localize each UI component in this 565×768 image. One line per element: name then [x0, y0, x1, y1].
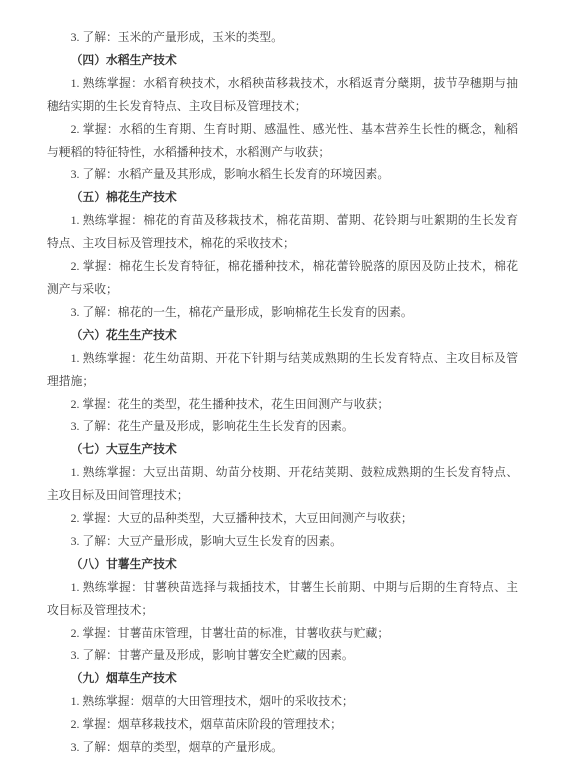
section-heading: （五）棉花生产技术	[47, 186, 518, 209]
section-item: 3. 了解：大豆产量形成，影响大豆生长发育的因素。	[47, 530, 518, 553]
section-heading: （九）烟草生产技术	[47, 667, 518, 690]
section-items: 1. 熟练掌握：花生幼苗期、开花下针期与结荚成熟期的生长发育特点、主攻目标及管理…	[47, 347, 518, 439]
section-item: 2. 掌握：水稻的生育期、生育时期、感温性、感光性、基本营养生长性的概念，籼稻与…	[47, 118, 518, 164]
section-item: 3. 了解：甘薯产量及形成，影响甘薯安全贮藏的因素。	[47, 644, 518, 667]
section: （八）甘薯生产技术 1. 熟练掌握：甘薯秧苗选择与栽插技术，甘薯生长前期、中期与…	[47, 553, 518, 668]
section-items: 1. 熟练掌握：棉花的育苗及移栽技术，棉花苗期、蕾期、花铃期与吐絮期的生长发育特…	[47, 209, 518, 324]
section-items: 1. 熟练掌握：甘薯秧苗选择与栽插技术，甘薯生长前期、中期与后期的生育特点、主攻…	[47, 576, 518, 668]
section-items: 1. 熟练掌握：水稻育秧技术，水稻秧苗移栽技术，水稻返青分蘖期，拔节孕穗期与抽穗…	[47, 72, 518, 187]
section-items: 1. 熟练掌握：大豆出苗期、幼苗分枝期、开花结荚期、鼓粒成熟期的生长发育特点、主…	[47, 461, 518, 553]
section-heading: （六）花生生产技术	[47, 324, 518, 347]
section-item: 1. 熟练掌握：大豆出苗期、幼苗分枝期、开花结荚期、鼓粒成熟期的生长发育特点、主…	[47, 461, 518, 507]
section: （六）花生生产技术 1. 熟练掌握：花生幼苗期、开花下针期与结荚成熟期的生长发育…	[47, 324, 518, 439]
section-heading: （八）甘薯生产技术	[47, 553, 518, 576]
section-items: 1. 熟练掌握：烟草的大田管理技术，烟叶的采收技术；2. 掌握：烟草移栽技术，烟…	[47, 690, 518, 759]
leading-paragraph: 3. 了解：玉米的产量形成，玉米的类型。	[47, 26, 518, 49]
section: （九）烟草生产技术 1. 熟练掌握：烟草的大田管理技术，烟叶的采收技术；2. 掌…	[47, 667, 518, 759]
section-item: 3. 了解：烟草的类型，烟草的产量形成。	[47, 736, 518, 759]
section-item: 3. 了解：水稻产量及其形成，影响水稻生长发育的环境因素。	[47, 163, 518, 186]
section-item: 2. 掌握：大豆的品种类型，大豆播种技术，大豆田间测产与收获；	[47, 507, 518, 530]
document-page: 3. 了解：玉米的产量形成，玉米的类型。 （四）水稻生产技术 1. 熟练掌握：水…	[0, 0, 565, 768]
sections-container: （四）水稻生产技术 1. 熟练掌握：水稻育秧技术，水稻秧苗移栽技术，水稻返青分蘖…	[47, 49, 518, 759]
section: （四）水稻生产技术 1. 熟练掌握：水稻育秧技术，水稻秧苗移栽技术，水稻返青分蘖…	[47, 49, 518, 186]
section-item: 2. 掌握：烟草移栽技术，烟草苗床阶段的管理技术；	[47, 713, 518, 736]
section-item: 1. 熟练掌握：甘薯秧苗选择与栽插技术，甘薯生长前期、中期与后期的生育特点、主攻…	[47, 576, 518, 622]
section: （七）大豆生产技术 1. 熟练掌握：大豆出苗期、幼苗分枝期、开花结荚期、鼓粒成熟…	[47, 438, 518, 553]
section-item: 1. 熟练掌握：花生幼苗期、开花下针期与结荚成熟期的生长发育特点、主攻目标及管理…	[47, 347, 518, 393]
section: （五）棉花生产技术 1. 熟练掌握：棉花的育苗及移栽技术，棉花苗期、蕾期、花铃期…	[47, 186, 518, 323]
section-item: 3. 了解：棉花的一生，棉花产量形成，影响棉花生长发育的因素。	[47, 301, 518, 324]
section-item: 3. 了解：花生产量及形成，影响花生生长发育的因素。	[47, 415, 518, 438]
section-heading: （七）大豆生产技术	[47, 438, 518, 461]
section-item: 1. 熟练掌握：棉花的育苗及移栽技术，棉花苗期、蕾期、花铃期与吐絮期的生长发育特…	[47, 209, 518, 255]
section-item: 2. 掌握：棉花生长发育特征，棉花播种技术，棉花蕾铃脱落的原因及防止技术，棉花测…	[47, 255, 518, 301]
section-item: 2. 掌握：甘薯苗床管理，甘薯壮苗的标准，甘薯收获与贮藏；	[47, 622, 518, 645]
section-item: 2. 掌握：花生的类型，花生播种技术，花生田间测产与收获；	[47, 393, 518, 416]
section-item: 1. 熟练掌握：烟草的大田管理技术，烟叶的采收技术；	[47, 690, 518, 713]
section-heading: （四）水稻生产技术	[47, 49, 518, 72]
section-item: 1. 熟练掌握：水稻育秧技术，水稻秧苗移栽技术，水稻返青分蘖期，拔节孕穗期与抽穗…	[47, 72, 518, 118]
